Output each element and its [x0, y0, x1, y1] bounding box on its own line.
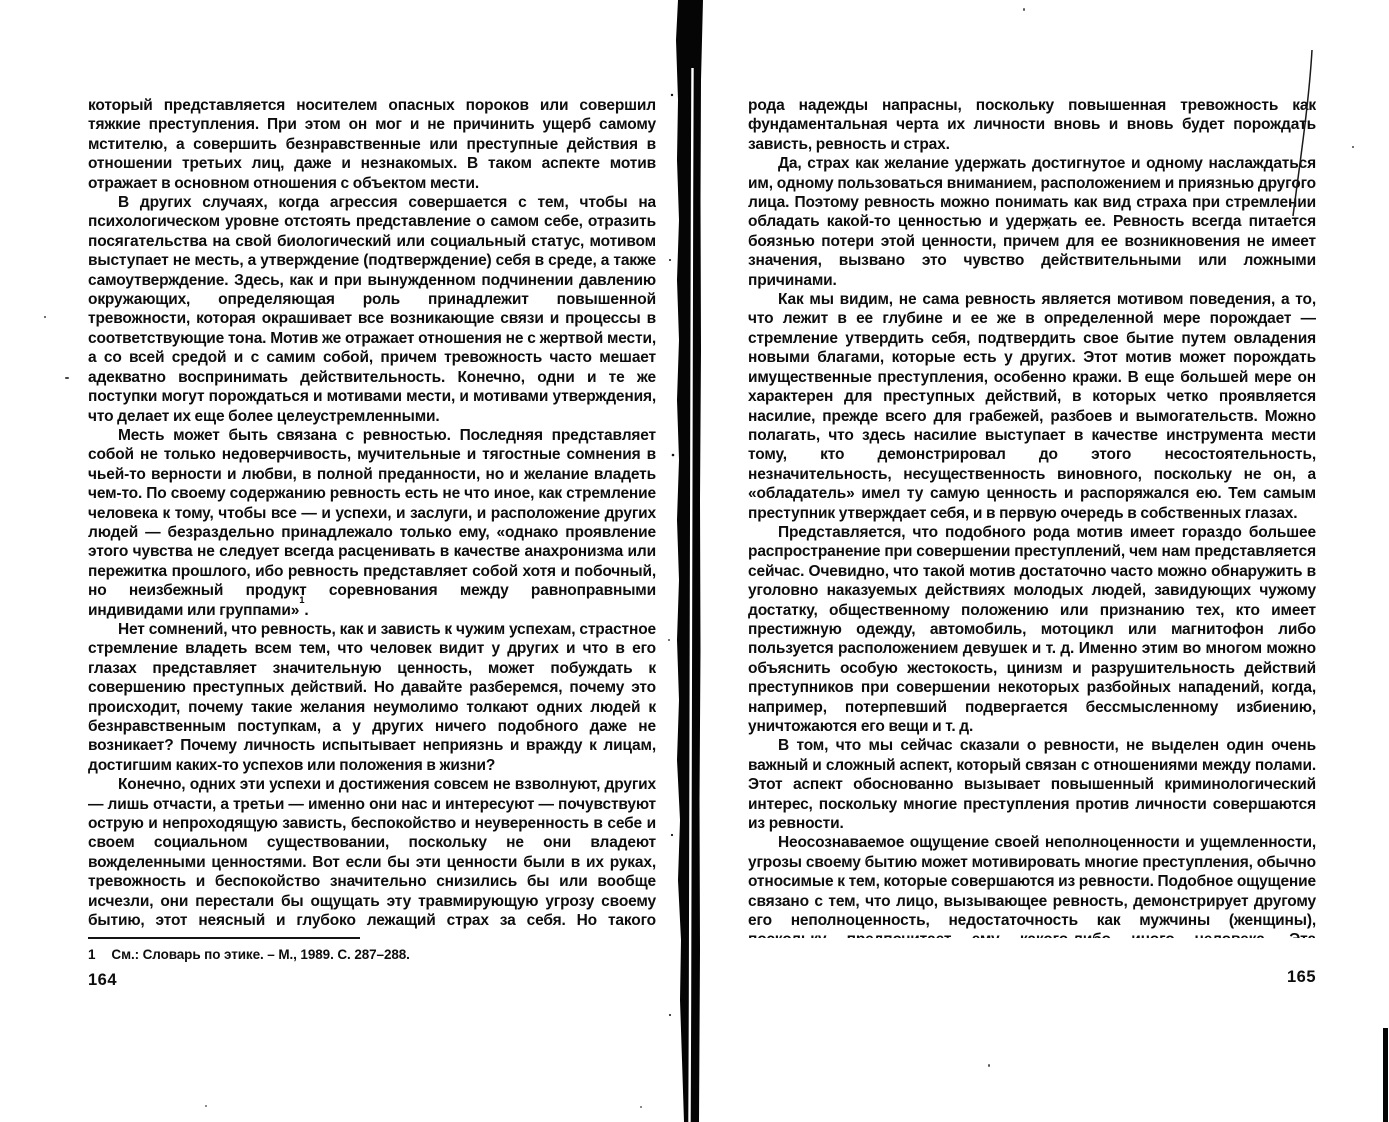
paragraph: Как мы видим, не сама ревность является … — [748, 290, 1316, 523]
paragraph: рода надежды напрасны, поскольку повышен… — [748, 96, 1316, 154]
scan-speckle — [640, 1106, 642, 1108]
paragraph: В других случаях, когда агрессия соверша… — [88, 193, 656, 426]
scan-speckle — [1023, 8, 1025, 11]
footnote-text: См.: Словарь по этике. – М., 1989. С. 28… — [111, 947, 409, 962]
footnote-marker: 1 — [88, 947, 95, 962]
scan-speckle — [1352, 146, 1354, 148]
footnote: 1См.: Словарь по этике. – М., 1989. С. 2… — [88, 947, 656, 962]
scan-scratch-line — [1270, 40, 1330, 230]
paragraph: Неосознаваемое ощущение своей неполноцен… — [748, 833, 1316, 938]
paragraph: который представляется носителем опасных… — [88, 96, 656, 193]
paragraph: Представляется, что подобного рода мотив… — [748, 523, 1316, 736]
page-edge-shadow — [1383, 1028, 1388, 1122]
scan-speckle — [65, 377, 69, 379]
scan-speckle — [988, 1064, 990, 1067]
right-page-text: рода надежды напрасны, поскольку повышен… — [748, 96, 1316, 938]
footnote-ref: 1 — [299, 595, 304, 606]
page-number-right: 165 — [748, 968, 1316, 987]
paragraph: Да, страх как желание удержать достигнут… — [748, 154, 1316, 290]
scan-speckle — [1048, 227, 1050, 229]
paragraph: В том, что мы сейчас сказали о ревности,… — [748, 736, 1316, 833]
page-number-left: 164 — [88, 971, 117, 990]
paragraph: Конечно, одних эти успехи и достижения с… — [88, 775, 656, 930]
paragraph: Месть может быть связана с ревностью. По… — [88, 426, 656, 620]
book-spread: который представляется носителем опасных… — [0, 0, 1389, 1122]
paragraph: Нет сомнений, что ревность, как и завист… — [88, 620, 656, 775]
scan-speckle — [44, 316, 46, 318]
footnote-divider — [88, 937, 360, 939]
book-gutter-shadow — [655, 0, 715, 1122]
left-page-text: который представляется носителем опасных… — [88, 96, 656, 938]
scan-speckle — [205, 1105, 207, 1107]
